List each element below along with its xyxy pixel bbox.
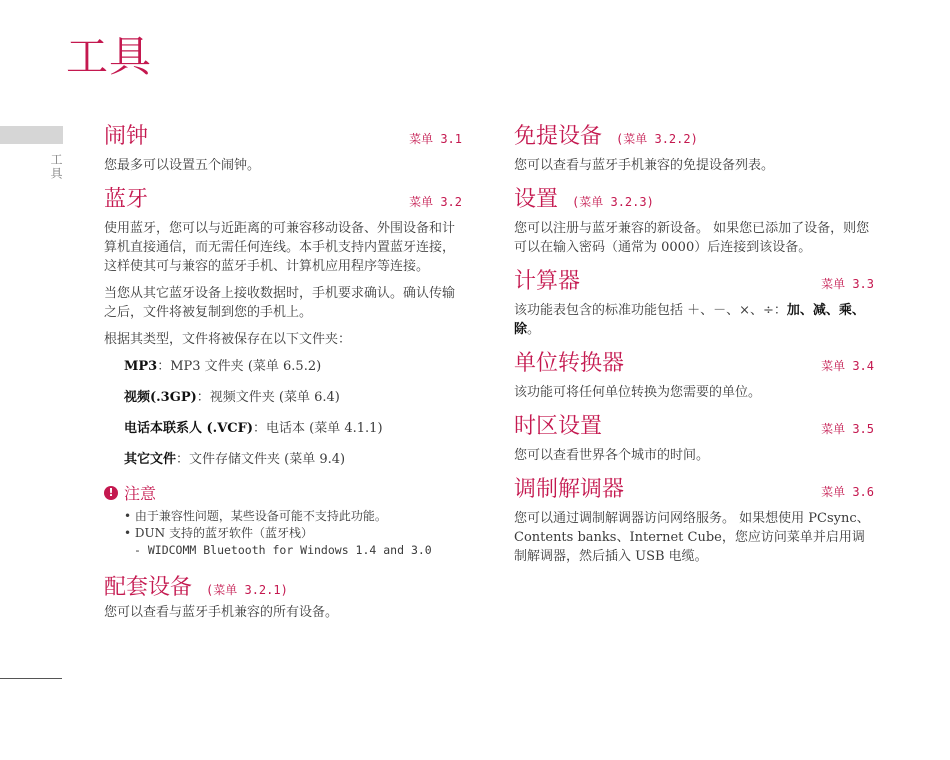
section-title: 单位转换器 — [514, 349, 624, 379]
chapter-tab — [0, 126, 63, 144]
folder-type: 电话本联系人 (.VCF) — [124, 421, 253, 436]
menu-ref: 菜单 3.2 — [409, 193, 462, 210]
section-text: 您最多可以设置五个闹钟。 — [104, 156, 462, 175]
section-text: 您可以查看世界各个城市的时间。 — [514, 446, 874, 465]
menu-ref: (菜单 3.2.3) — [572, 193, 654, 210]
section-handsfree: 免提设备 (菜单 3.2.2) 您可以查看与蓝牙手机兼容的免提设备列表。 — [514, 122, 874, 175]
menu-ref: 菜单 3.6 — [821, 483, 874, 500]
section-title: 免提设备 — [514, 122, 602, 152]
section-title: 设置 — [514, 185, 558, 215]
section-text: 您可以通过调制解调器访问网络服务。 如果想使用 PCsync、Contents … — [514, 509, 874, 566]
chapter-side-label: 工具 — [48, 153, 65, 181]
menu-ref: (菜单 3.2.2) — [616, 130, 698, 147]
section-title: 时区设置 — [514, 412, 602, 442]
footer-divider — [0, 678, 62, 679]
menu-ref: 菜单 3.3 — [821, 275, 874, 292]
calc-end: 。 — [527, 322, 540, 337]
section-text: 您可以查看与蓝牙手机兼容的免提设备列表。 — [514, 156, 874, 175]
warning-icon: ! — [104, 486, 118, 500]
section-text: 根据其类型，文件将被保存在以下文件夹： — [104, 330, 462, 349]
calc-text: 该功能表包含的标准功能包括 ＋、－、×、÷： — [514, 303, 787, 318]
section-bluetooth: 蓝牙 菜单 3.2 使用蓝牙，您可以与近距离的可兼容移动设备、外围设备和计算机直… — [104, 185, 462, 469]
folder-location: ：电话本 (菜单 4.1.1) — [253, 421, 383, 436]
section-text: 该功能表包含的标准功能包括 ＋、－、×、÷：加、减、乘、除。 — [514, 301, 874, 339]
section-text: 使用蓝牙，您可以与近距离的可兼容移动设备、外围设备和计算机直接通信，而无需任何连… — [104, 219, 462, 276]
menu-ref: 菜单 3.1 — [409, 130, 462, 147]
note-title: 注意 — [124, 481, 156, 504]
section-title: 调制解调器 — [514, 475, 624, 505]
folder-location: ：文件存储文件夹 (菜单 9.4) — [176, 452, 345, 467]
folder-item: 视频(.3GP)：视频文件夹 (菜单 6.4) — [124, 388, 462, 407]
section-text: 当您从其它蓝牙设备上接收数据时，手机要求确认。确认传输之后，文件将被复制到您的手… — [104, 284, 462, 322]
section-calculator: 计算器 菜单 3.3 该功能表包含的标准功能包括 ＋、－、×、÷：加、减、乘、除… — [514, 267, 874, 339]
section-modem: 调制解调器 菜单 3.6 您可以通过调制解调器访问网络服务。 如果想使用 PCs… — [514, 475, 874, 566]
menu-ref: (菜单 3.2.1) — [206, 581, 288, 598]
section-text: 该功能可将任何单位转换为您需要的单位。 — [514, 383, 874, 402]
section-text: 您可以注册与蓝牙兼容的新设备。 如果您已添加了设备，则您可以在输入密码（通常为 … — [514, 219, 874, 257]
note-item: • 由于兼容性问题，某些设备可能不支持此功能。 — [124, 508, 462, 525]
page-title: 工具 — [66, 36, 152, 78]
left-column: 闹钟 菜单 3.1 您最多可以设置五个闹钟。 蓝牙 菜单 3.2 使用蓝牙，您可… — [104, 122, 462, 632]
folder-location: ：MP3 文件夹 (菜单 6.5.2) — [157, 359, 321, 374]
folder-item: 其它文件：文件存储文件夹 (菜单 9.4) — [124, 450, 462, 469]
section-title: 配套设备 — [104, 573, 192, 603]
section-title: 计算器 — [514, 267, 580, 297]
section-world-time: 时区设置 菜单 3.5 您可以查看世界各个城市的时间。 — [514, 412, 874, 465]
folder-list: MP3：MP3 文件夹 (菜单 6.5.2) 视频(.3GP)：视频文件夹 (菜… — [124, 357, 462, 469]
folder-type: 视频(.3GP) — [124, 390, 197, 405]
folder-type: MP3 — [124, 359, 157, 374]
section-title: 蓝牙 — [104, 185, 148, 215]
note-item: • DUN 支持的蓝牙软件（蓝牙栈） — [124, 525, 462, 542]
right-column: 免提设备 (菜单 3.2.2) 您可以查看与蓝牙手机兼容的免提设备列表。 设置 … — [514, 122, 874, 576]
section-title: 闹钟 — [104, 122, 148, 152]
folder-item: 电话本联系人 (.VCF)：电话本 (菜单 4.1.1) — [124, 419, 462, 438]
section-text: 您可以查看与蓝牙手机兼容的所有设备。 — [104, 603, 462, 622]
section-unit-converter: 单位转换器 菜单 3.4 该功能可将任何单位转换为您需要的单位。 — [514, 349, 874, 402]
folder-item: MP3：MP3 文件夹 (菜单 6.5.2) — [124, 357, 462, 376]
section-alarm: 闹钟 菜单 3.1 您最多可以设置五个闹钟。 — [104, 122, 462, 175]
menu-ref: 菜单 3.5 — [821, 420, 874, 437]
note-box: ! 注意 • 由于兼容性问题，某些设备可能不支持此功能。 • DUN 支持的蓝牙… — [104, 481, 462, 559]
section-settings: 设置 (菜单 3.2.3) 您可以注册与蓝牙兼容的新设备。 如果您已添加了设备，… — [514, 185, 874, 257]
note-subitem: - WIDCOMM Bluetooth for Windows 1.4 and … — [124, 542, 462, 559]
folder-type: 其它文件 — [124, 452, 176, 467]
menu-ref: 菜单 3.4 — [821, 357, 874, 374]
section-paired-devices: 配套设备 (菜单 3.2.1) 您可以查看与蓝牙手机兼容的所有设备。 — [104, 573, 462, 622]
folder-location: ：视频文件夹 (菜单 6.4) — [197, 390, 340, 405]
